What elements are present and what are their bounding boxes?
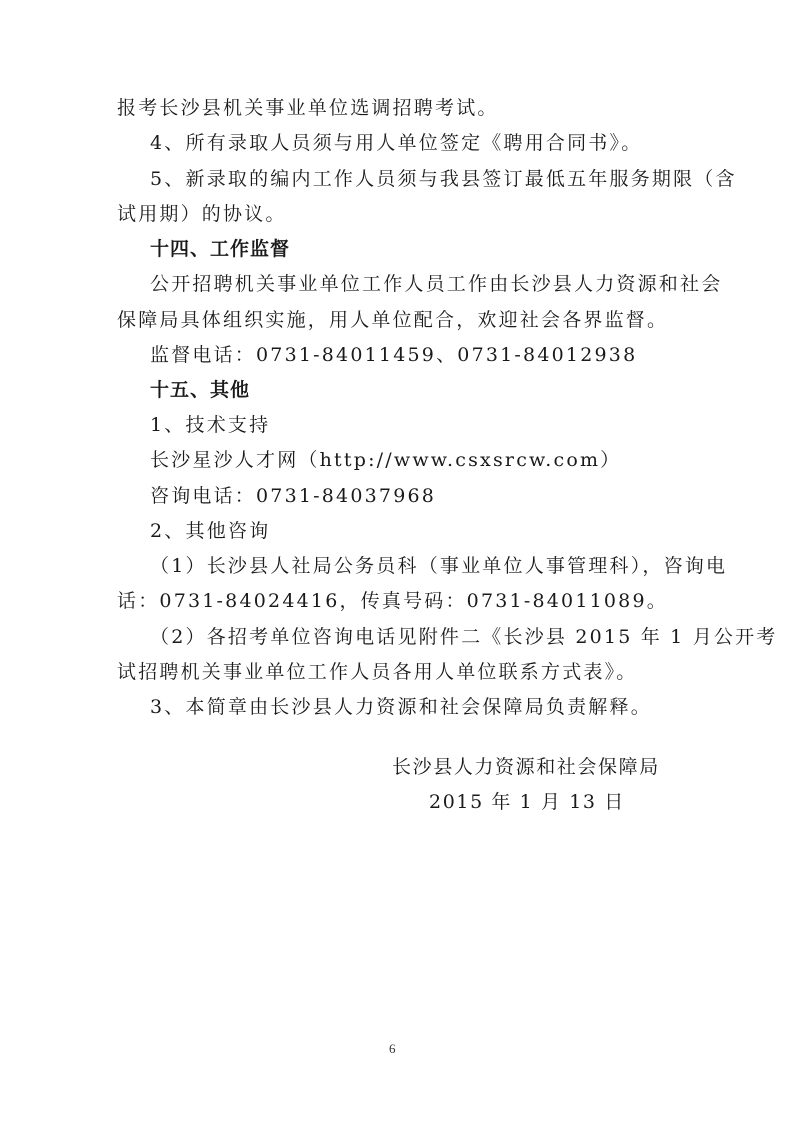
website-link[interactable]: 长沙星沙人才网（http://www.csxsrcw.com） bbox=[150, 448, 621, 472]
signature-date: 2015 年 1 月 13 日 bbox=[429, 790, 625, 814]
text-line: 试招聘机关事业单位工作人员各用人单位联系方式表》。 bbox=[117, 660, 638, 684]
text-line: 2、其他咨询 bbox=[150, 519, 270, 543]
text-line: 5、新录取的编内工作人员须与我县签订最低五年服务期限（含 bbox=[150, 167, 737, 191]
document-page: 报考长沙县机关事业单位选调招聘考试。 4、所有录取人员须与用人单位签定《聘用合同… bbox=[0, 0, 793, 1123]
text-line: 4、所有录取人员须与用人单位签定《聘用合同书》。 bbox=[150, 131, 642, 155]
text-line: 报考长沙县机关事业单位选调招聘考试。 bbox=[117, 96, 499, 120]
section-heading-14: 十四、工作监督 bbox=[150, 237, 290, 261]
signature-org: 长沙县人力资源和社会保障局 bbox=[392, 755, 660, 779]
text-line: 3、本简章由长沙县人力资源和社会保障局负责解释。 bbox=[150, 695, 652, 719]
text-line: 1、技术支持 bbox=[150, 413, 270, 437]
text-line: 话：0731-84024416，传真号码：0731-84011089。 bbox=[117, 589, 668, 613]
text-line: （2）各招考单位咨询电话见附件二《长沙县 2015 年 1 月公开考 bbox=[150, 625, 778, 649]
text-line: 保障局具体组织实施，用人单位配合，欢迎社会各界监督。 bbox=[117, 308, 668, 332]
page-number: 6 bbox=[389, 1041, 396, 1057]
section-heading-15: 十五、其他 bbox=[150, 378, 250, 402]
text-line: 公开招聘机关事业单位工作人员工作由长沙县人力资源和社会 bbox=[150, 272, 722, 296]
text-line: 试用期）的协议。 bbox=[117, 202, 287, 226]
text-line: （1）长沙县人社局公务员科（事业单位人事管理科），咨询电 bbox=[150, 554, 727, 578]
supervision-phone: 监督电话：0731-84011459、0731-84012938 bbox=[150, 343, 637, 367]
consult-phone: 咨询电话：0731-84037968 bbox=[150, 484, 436, 508]
